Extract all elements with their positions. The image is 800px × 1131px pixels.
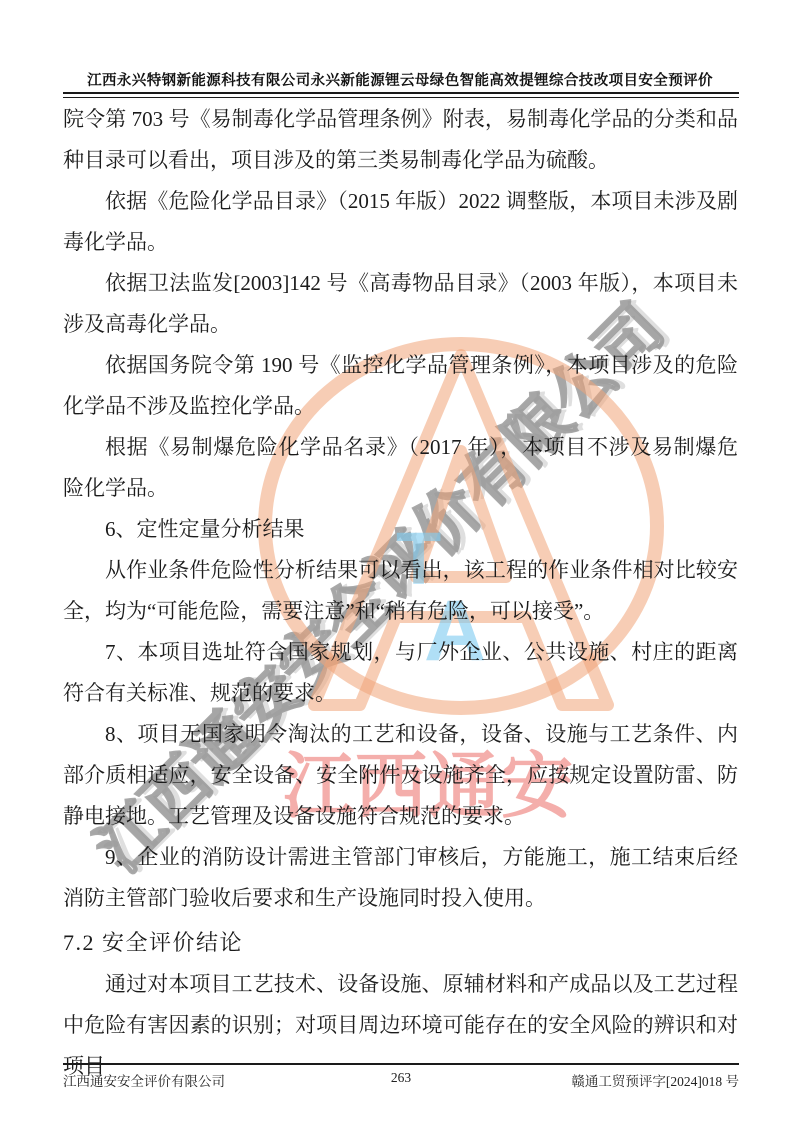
body-paragraph: 9、企业的消防设计需进主管部门审核后，方能施工，施工结束后经消防主管部门验收后要… <box>63 837 738 919</box>
header-double-rule <box>63 92 739 98</box>
body-content: 院令第 703 号《易制毒化学品管理条例》附表，易制毒化学品的分类和品种目录可以… <box>63 99 738 1087</box>
body-paragraph: 依据国务院令第 190 号《监控化学品管理条例》，本项目涉及的危险化学品不涉及监… <box>63 345 738 427</box>
body-paragraph: 7、本项目选址符合国家规划，与厂外企业、公共设施、村庄的距离符合有关标准、规范的… <box>63 632 738 714</box>
document-page: 江西通安安全评价有限公司 T A 江西通安 江西永兴特钢新能源科技有限公司永兴新… <box>0 0 800 1131</box>
body-paragraph: 依据卫法监发[2003]142 号《高毒物品目录》（2003 年版），本项目未涉… <box>63 263 738 345</box>
section-heading: 7.2 安全评价结论 <box>63 922 738 963</box>
body-paragraph: 通过对本项目工艺技术、设备设施、原辅材料和产成品以及工艺过程中危险有害因素的识别… <box>63 964 738 1087</box>
body-paragraph: 从作业条件危险性分析结果可以看出，该工程的作业条件相对比较安全，均为“可能危险，… <box>63 550 738 632</box>
body-paragraph: 8、项目无国家明令淘汰的工艺和设备，设备、设施与工艺条件、内部介质相适应，安全设… <box>63 714 738 837</box>
body-paragraph: 院令第 703 号《易制毒化学品管理条例》附表，易制毒化学品的分类和品种目录可以… <box>63 99 738 181</box>
body-paragraph: 根据《易制爆危险化学品名录》（2017 年），本项目不涉及易制爆危险化学品。 <box>63 427 738 509</box>
body-paragraph: 依据《危险化学品目录》（2015 年版）2022 调整版，本项目未涉及剧毒化学品… <box>63 181 738 263</box>
page-header-title: 江西永兴特钢新能源科技有限公司永兴新能源锂云母绿色智能高效提锂综合技改项目安全预… <box>40 69 760 90</box>
body-paragraph: 6、定性定量分析结果 <box>63 509 738 550</box>
